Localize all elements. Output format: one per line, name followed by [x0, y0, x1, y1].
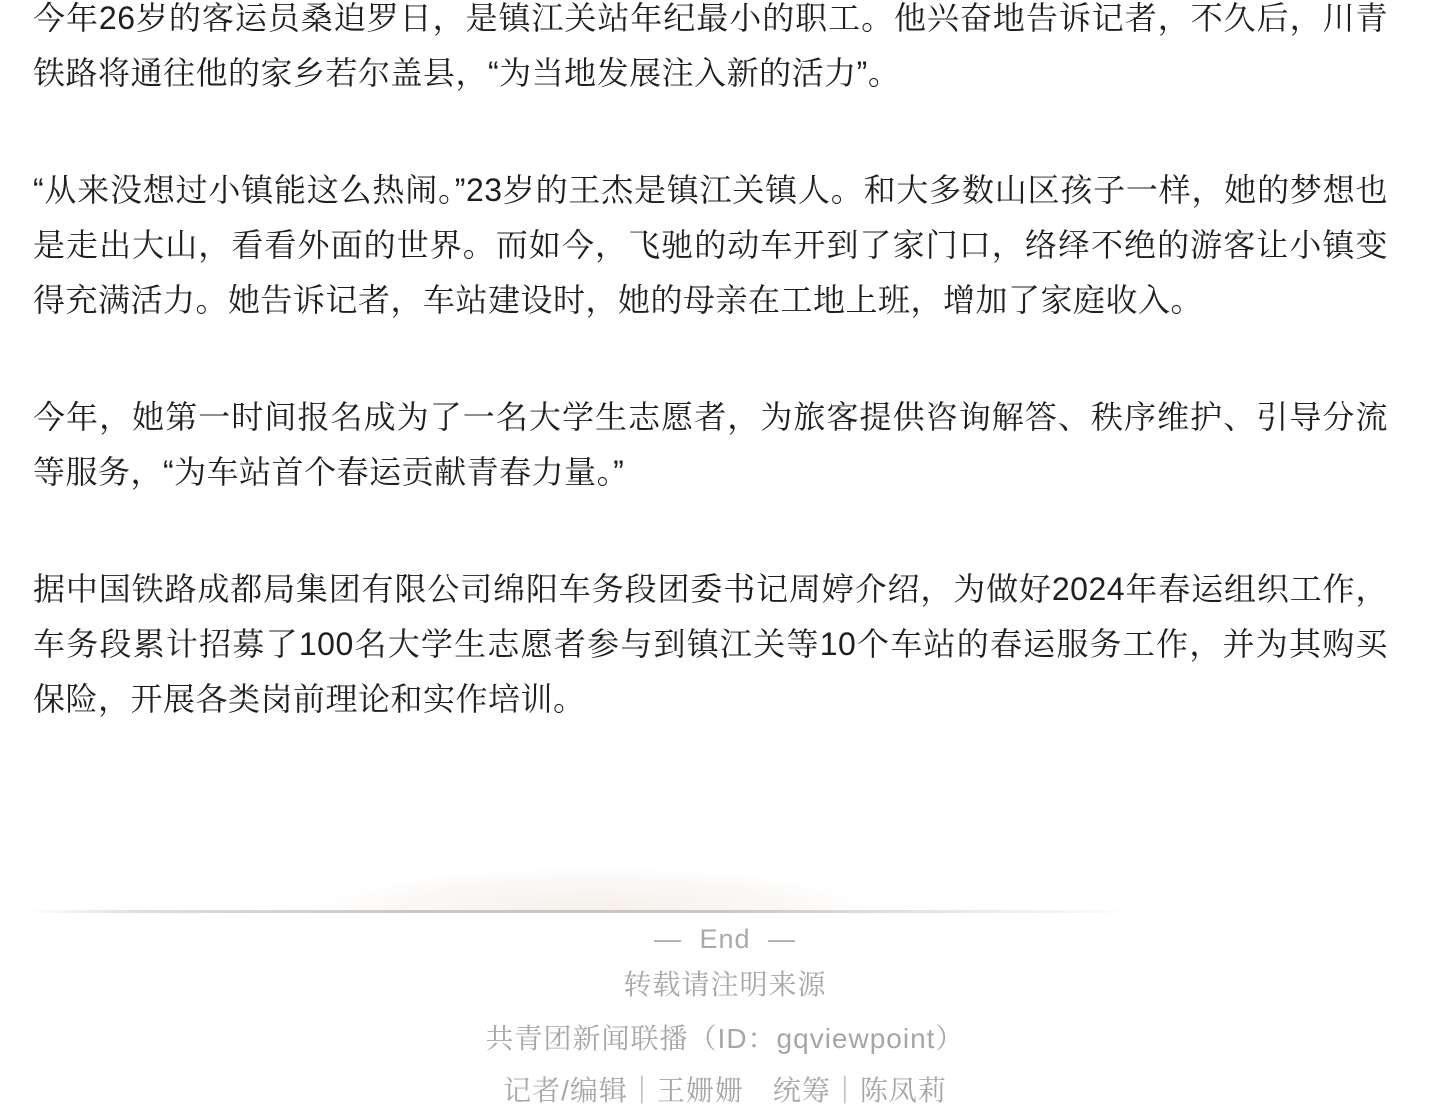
article-paragraph: 据中国铁路成都局集团有限公司绵阳车务段团委书记周婷介绍，为做好2024年春运组织…	[33, 562, 1388, 727]
end-marker: — End —	[0, 921, 1450, 957]
account-id-line: 共青团新闻联播（ID：gqviewpoint）	[0, 1019, 1450, 1059]
credits-line: 记者/编辑｜王姗姗 统筹｜陈凤莉	[0, 1071, 1450, 1111]
article-paragraph: 今年，她第一时间报名成为了一名大学生志愿者，为旅客提供咨询解答、秩序维护、引导分…	[33, 390, 1388, 500]
article-body: 今年26岁的客运员桑迫罗日，是镇江关站年纪最小的职工。他兴奋地告诉记者，不久后，…	[33, 0, 1388, 727]
repost-notice: 转载请注明来源	[0, 965, 1450, 1005]
article-paragraph: “从来没想过小镇能这么热闹。”23岁的王杰是镇江关镇人。和大多数山区孩子一样，她…	[33, 163, 1388, 328]
shadow-glow	[250, 854, 940, 912]
section-end-shadow	[0, 727, 1450, 913]
divider-line	[28, 910, 1138, 913]
article-footer: — End — 转载请注明来源 共青团新闻联播（ID：gqviewpoint） …	[0, 921, 1450, 1111]
article-paragraph: 今年26岁的客运员桑迫罗日，是镇江关站年纪最小的职工。他兴奋地告诉记者，不久后，…	[33, 0, 1388, 101]
